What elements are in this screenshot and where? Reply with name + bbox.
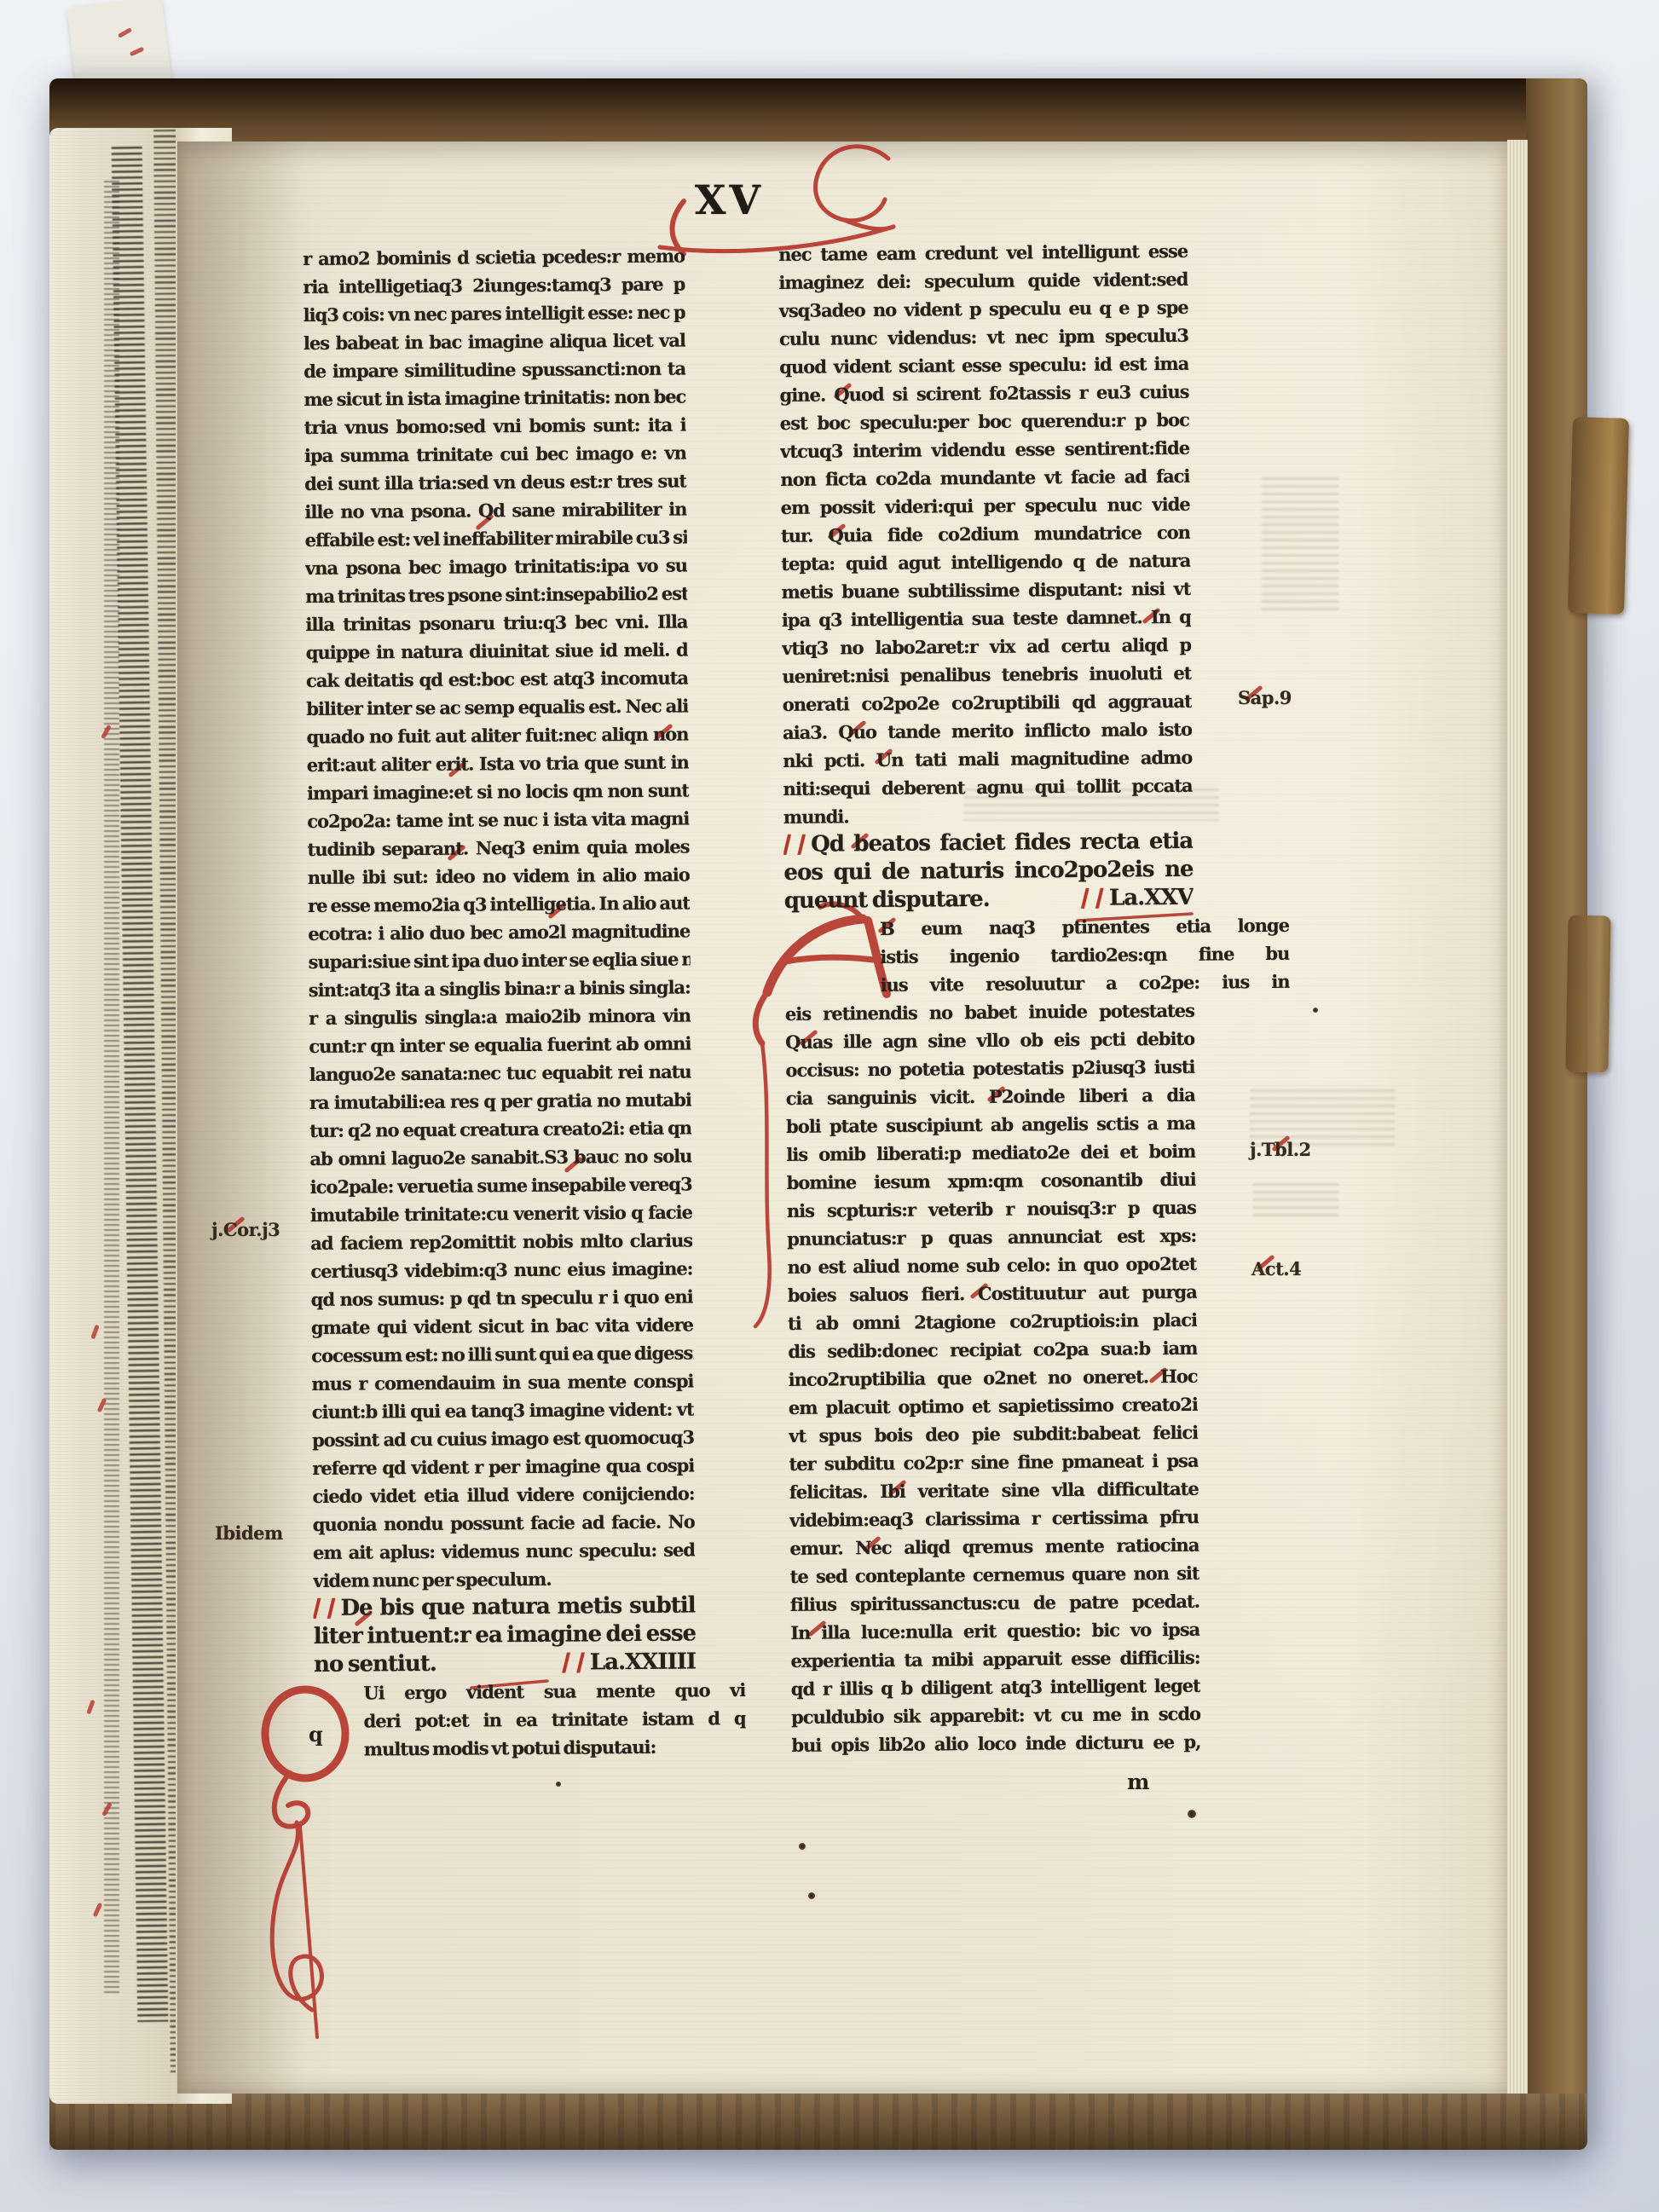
text-line: tur. Quia fide co2dium mundatrice con — [781, 518, 1190, 550]
wormhole-speck — [808, 1892, 815, 1899]
text-line: ipa q3 intelligentia sua teste damnet. I… — [782, 603, 1191, 634]
text-line: queunt disputare.La.XXV — [784, 884, 1194, 915]
folio-number: XV — [695, 177, 764, 224]
pilcrow-mark — [313, 1598, 335, 1619]
text-line: ma trinitas tres psone sint:insepabilio2… — [305, 579, 687, 610]
text-line: Qd beatos faciet fides recta etia — [783, 828, 1193, 859]
text-line: quippe in natura diuinitat siue id meli.… — [306, 635, 688, 667]
margin-note: j.Tbl.2 — [1250, 1139, 1311, 1160]
text-line: ab omni laguo2e sanabit.S3 bauc no solu — [309, 1141, 691, 1173]
text-line: metis buane subtilissime disputant: nisi… — [781, 575, 1190, 606]
text-line: cocessum est: no illi sunt qui ea que di… — [311, 1338, 693, 1370]
text-line: no sentiut.La.XXIIII — [314, 1648, 696, 1679]
text-line: r a singulis singla:a maio2ib minora vin — [309, 1001, 691, 1032]
text-line: quod vident sciant esse speculu: id est … — [779, 349, 1188, 381]
text-line: referre qd vident r per imagine qua cosp… — [312, 1451, 694, 1482]
text-line: qd nos sumus: p qd tn speculu r i quo en… — [311, 1282, 693, 1314]
text-line: ciedo videt etia illud videre conijciend… — [312, 1479, 694, 1510]
text-line: supari:siue sint ipa duo inter se eqlia … — [308, 944, 690, 976]
wormhole-speck — [1188, 1810, 1196, 1818]
text-line: niti:sequi deberent agnu qui tollit pcca… — [783, 771, 1192, 803]
text-line: Quas ille agn sine vllo ob eis pcti debi… — [785, 1025, 1194, 1056]
text-line: eis retinendis no babet inuide potestate… — [785, 996, 1194, 1028]
text-line: em possit videri:qui per speculu nuc vid… — [781, 490, 1190, 522]
text-line: quado no fuit aut aliter fuit:nec aliqn … — [306, 719, 688, 751]
text-line: emur. Nec aliqd qremus mente ratiocina — [789, 1531, 1199, 1562]
text-line: ueniret:nisi penalibus tenebris inuoluti… — [782, 659, 1191, 690]
leather-clasp-upper — [1568, 417, 1629, 615]
margin-note: Ibidem — [215, 1522, 283, 1544]
ink-showthrough — [1262, 477, 1338, 614]
text-line: ipa summa trinitate cui bec imago e: vn — [304, 438, 686, 470]
text-line: boies saluos fieri. Costituutur aut purg… — [788, 1278, 1197, 1309]
text-line: culu nunc videndus: vt nec ipm speculu3 — [779, 321, 1188, 353]
text-line: imaginez dei: speculum quide vident:sed — [778, 265, 1188, 297]
margin-note: j.Cor.j3 — [211, 1219, 280, 1240]
text-line: In illa luce:nulla erit questio: bic vo … — [790, 1615, 1199, 1647]
text-line: gine. Quod si scirent fo2tassis r eu3 cu… — [779, 378, 1188, 409]
ink-showthrough — [1250, 1089, 1395, 1146]
text-line: bui opis lib2o alio loco inde dicturu ee… — [791, 1728, 1200, 1759]
text-line: mus r comendauim in sua mente conspi — [311, 1366, 693, 1398]
text-line: ti ab omni 2tagione co2ruptiois:in placi — [788, 1306, 1197, 1337]
pilcrow-mark — [562, 1652, 585, 1672]
text-line: tur: q2 no equat creatura creato2i: etia… — [309, 1113, 691, 1145]
text-line: dis sedib:donec recipiat co2pa sua:b iam — [788, 1334, 1197, 1366]
leather-clasp-lower — [1565, 915, 1610, 1073]
text-line: vt spus bois deo pie subdit:babeat felic… — [789, 1418, 1198, 1450]
text-line: ria intelligetiaq3 2iunges:tamq3 pare p — [303, 269, 685, 301]
text-line: aia3. Quo tande merito inflicto malo ist… — [783, 715, 1192, 747]
text-line: vna psona bec imago trinitatis:ipa vo su — [305, 551, 687, 582]
text-line: cak deitatis qd est:boc est atq3 incomut… — [306, 663, 688, 695]
text-column-left: r amo2 bominis d scietia pcedes:r memori… — [303, 241, 697, 1778]
leather-right-cover — [1526, 78, 1587, 2150]
text-line: ad faciem rep2omittit nobis mlto clarius — [310, 1226, 692, 1257]
text-line: eos qui de naturis inco2po2eis ne — [783, 856, 1193, 887]
text-line: tepta: quid agut intelligendo q de natur… — [781, 546, 1190, 578]
text-line: em ait aplus: videmus nunc speculu: sed — [313, 1535, 695, 1567]
text-line: onerati co2po2e co2ruptibili qd aggrauat — [783, 687, 1192, 719]
text-line: istis ingenio tardio2es:qn fine bu — [784, 939, 1289, 972]
text-line: inco2ruptibilia que o2net no oneret. Hoc — [789, 1362, 1198, 1394]
text-line: ico2pale: veruetia sume insepabile vereq… — [310, 1170, 692, 1201]
wormhole-speck — [556, 1782, 561, 1787]
catchword: m — [1127, 1770, 1149, 1794]
text-line: mundi. — [783, 800, 1193, 831]
text-line: non ficta co2da mundante vt facie ad fac… — [780, 462, 1189, 494]
text-line: nki pcti. Un tati mali magnitudine admo — [783, 743, 1192, 775]
leather-top-edge — [49, 78, 1587, 141]
text-line: vsq3adeo no vident p speculu eu q e p sp… — [779, 293, 1188, 325]
text-line: B eum naq3 ptinentes etia longe — [784, 911, 1289, 944]
text-line: quonia nondu possunt facie ad facie. No — [313, 1507, 695, 1539]
text-line: experientia ta mibi apparuit esse diffic… — [790, 1643, 1199, 1675]
text-line: erit:aut aliter erit. Ista vo tria que s… — [307, 748, 689, 779]
text-line: nis scpturis:r veterib r nouisq3:r p qua… — [787, 1193, 1196, 1225]
text-line: ra imutabili:ea res q per gratia no muta… — [309, 1085, 691, 1117]
text-line: les babeat in bac imagine aliqua licet v… — [303, 326, 685, 357]
text-line: multus modis vt potui disputaui: — [315, 1732, 746, 1764]
text-line: occisus: no potetia potestatis p2iusq3 i… — [785, 1053, 1194, 1084]
text-line: vtiq3 no labo2aret:r vix ad certu aliqd … — [782, 631, 1191, 662]
text-line: illa trinitas psonaru triu:q3 bec vni. I… — [305, 607, 687, 638]
text-line: videm nunc per speculum. — [313, 1563, 695, 1595]
text-line: nulle ibi sut: ideo no videm in alio mai… — [308, 860, 690, 892]
text-line: me sicut in ista imagine trinitatis: non… — [303, 382, 685, 413]
text-line: languo2e sanata:nec tuc equabit rei natu — [309, 1057, 691, 1089]
text-line: de impare similitudine spussancti:non ta — [303, 354, 685, 385]
text-line: deri pot:et in ea trinitate istam d q — [314, 1704, 745, 1736]
text-line: certiusq3 videbim:q3 nunc eius imagine: — [310, 1254, 692, 1285]
pilcrow-mark — [1081, 888, 1104, 909]
text-line: liq3 cois: vn nec pares intelligit esse:… — [303, 297, 685, 329]
text-line: tudinib separant. Neq3 enim quia moles — [307, 832, 689, 863]
wormhole-speck — [1313, 1008, 1318, 1013]
gutter-shadow — [177, 141, 305, 2094]
text-line: felicitas. Ibi veritate sine vlla diffic… — [789, 1475, 1199, 1506]
text-line: re esse memo2ia q3 intelligetia. In alio… — [308, 888, 690, 920]
margin-note: Sap.9 — [1238, 687, 1292, 708]
text-line: tria vnus bomo:sed vni bomis sunt: ita i — [304, 410, 686, 442]
text-line: est boc speculu:per boc querendu:r p boc — [780, 406, 1189, 437]
text-line: ciunt:b illi qui ea tanq3 imagine vident… — [312, 1395, 694, 1426]
text-line: liter intuent:r ea imagine dei esse — [314, 1620, 696, 1651]
text-line: qd r illis q b diligent atq3 intelligent… — [791, 1672, 1200, 1703]
text-line: te sed conteplante cernemus quare non si… — [790, 1559, 1199, 1591]
text-line: bomine iesum xpm:qm cosonantib diui — [787, 1165, 1196, 1197]
text-line: biliter inter se ac semp equalis est. Ne… — [306, 691, 688, 723]
text-line: co2po2a: tame int se nuc i ista vita mag… — [307, 804, 689, 835]
text-line: cia sanguinis vicit. P2oinde liberi a di… — [786, 1081, 1195, 1112]
leather-bottom-edge — [49, 2094, 1587, 2150]
text-line: no est aliud nome sub celo: in quo opo2t… — [787, 1250, 1196, 1281]
text-line: ille no vna psona. Qd sane mirabiliter i… — [304, 494, 686, 526]
page-edges-right — [1507, 140, 1528, 2095]
text-line: impari imagine:et si no locis qm non sun… — [307, 776, 689, 807]
text-line: pnunciatus:r p quas annunciat est xps: — [787, 1222, 1196, 1253]
text-line: Ui ergo vident sua mente quo vi — [314, 1676, 745, 1707]
text-line: effabile est: vel ineffabiliter mirabile… — [305, 523, 687, 554]
text-line: dei sunt illa tria:sed vn deus est:r tre… — [304, 466, 686, 498]
wormhole-speck — [799, 1843, 806, 1850]
text-line: gmate qui vident sicut in bac vita vider… — [311, 1310, 693, 1342]
photo-of-incunabulum-page: { "image_type": "photograph of an open e… — [0, 0, 1659, 2212]
text-line: nec tame eam credunt vel intelligunt ess… — [778, 237, 1188, 269]
text-line: possint ad cu cuius imago est quomocuq3 — [312, 1423, 694, 1454]
text-line: sint:atq3 ita a singlis bina:r a binis s… — [309, 973, 691, 1004]
text-line: De bis que natura metis subtil — [313, 1591, 695, 1623]
text-line: pculdubio sik apparebit: vt cu me in scd… — [791, 1700, 1200, 1731]
pilcrow-mark — [783, 835, 806, 855]
text-line: filius spiritussanctus:cu de patre pceda… — [790, 1587, 1199, 1619]
text-column-right: nec tame eam credunt vel intelligunt ess… — [778, 237, 1201, 1775]
text-line: cunt:r qn inter se equalia fuerint ab om… — [309, 1029, 691, 1060]
text-line: vtcuq3 interim videndu esse sentirent:fi… — [780, 434, 1189, 465]
text-line: imutabile trinitate:cu venerit visio q f… — [310, 1198, 692, 1229]
text-line: ter subditu co2p:r sine fine pmaneat i p… — [789, 1447, 1198, 1478]
text-line: boli ptate suscipiunt ab angelis sctis a… — [786, 1109, 1195, 1141]
margin-note: Act.4 — [1251, 1258, 1301, 1279]
text-line: lis omib liberati:p mediato2e dei et boi… — [786, 1137, 1195, 1169]
text-line: em placuit optimo et sapietissimo creato… — [789, 1390, 1198, 1422]
text-line: r amo2 bominis d scietia pcedes:r memo — [303, 241, 685, 273]
text-line: videbim:eaq3 clarissima r certissima pfr… — [789, 1503, 1199, 1534]
text-line: ecotra: i alio duo bec amo2l magnitudine — [308, 916, 690, 948]
text-line: ius vite resoluutur a co2pe: ius in — [784, 967, 1289, 1000]
ink-showthrough — [1253, 1183, 1338, 1221]
